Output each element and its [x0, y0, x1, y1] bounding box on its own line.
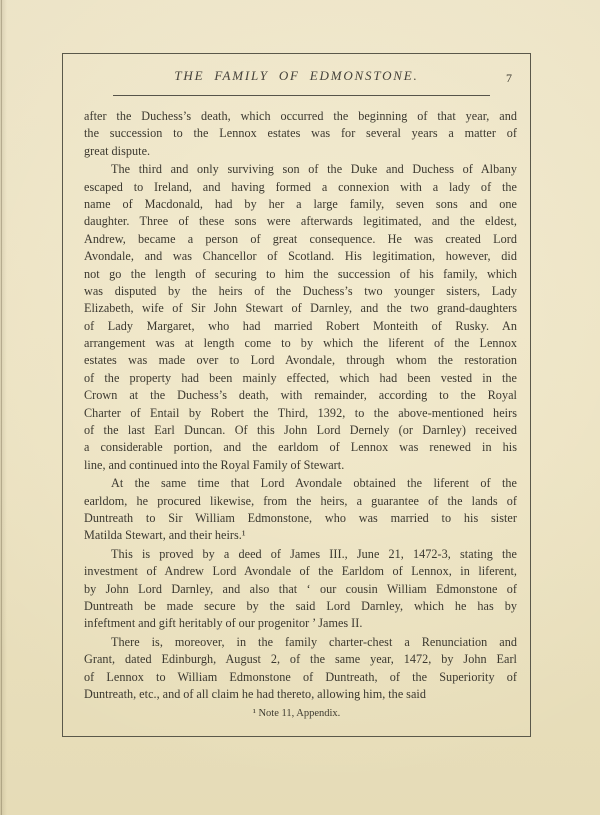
text-line: line, and continued into the Royal Famil… [84, 457, 517, 474]
text-line: was disputed by the heirs of the Duchess… [84, 283, 517, 300]
text-line: Crown at the Duchess’s death, with remai… [84, 387, 517, 404]
paragraph: There is, moreover, in the family charte… [84, 634, 517, 704]
paragraph: At the same time that Lord Avondale obta… [84, 475, 517, 545]
text-line: Duntreath be made secure by the said Lor… [84, 598, 517, 615]
paragraph: after the Duchess’s death, which occurre… [84, 108, 517, 160]
text-line: estates was made over to Lord Avondale, … [84, 352, 517, 369]
page-number: 7 [506, 71, 512, 86]
text-line: Elizabeth, wife of Sir John Stewart of D… [84, 300, 517, 317]
text-line: This is proved by a deed of James III., … [84, 546, 517, 563]
text-line: infeftment and gift heritably of our pro… [84, 615, 517, 632]
page-header-title: THE FAMILY OF EDMONSTONE. [63, 68, 530, 84]
header-rule [113, 95, 490, 96]
text-line: Duntreath, etc., and of all claim he had… [84, 686, 517, 703]
text-line: Duntreath to Sir William Edmonstone, who… [84, 510, 517, 527]
page-frame: THE FAMILY OF EDMONSTONE. 7 after the Du… [62, 53, 531, 737]
text-line: Avondale, and was Chancellor of Scotland… [84, 248, 517, 265]
paragraph: This is proved by a deed of James III., … [84, 546, 517, 633]
text-line: Charter of Entail by Robert the Third, 1… [84, 405, 517, 422]
text-line: a considerable portion, and the earldom … [84, 439, 517, 456]
text-line: after the Duchess’s death, which occurre… [84, 108, 517, 125]
text-line: There is, moreover, in the family charte… [84, 634, 517, 651]
text-line: name of Macdonald, had by her a large fa… [84, 196, 517, 213]
text-line: arrangement was at length come to by whi… [84, 335, 517, 352]
scan-edge-artifact [1, 0, 2, 815]
text-line: of Lennox to William Edmonstone of Duntr… [84, 669, 517, 686]
text-line: investment of Andrew Lord Avondale of th… [84, 563, 517, 580]
text-line: great dispute. [84, 143, 517, 160]
body-text: after the Duchess’s death, which occurre… [84, 108, 517, 703]
text-line: Grant, dated Edinburgh, August 2, of the… [84, 651, 517, 668]
text-line: escaped to Ireland, and having formed a … [84, 179, 517, 196]
text-line: of the property had been mainly effected… [84, 370, 517, 387]
text-line: earldom, he procured likewise, from the … [84, 493, 517, 510]
text-line: the succession to the Lennox estates was… [84, 125, 517, 142]
paragraph: The third and only surviving son of the … [84, 161, 517, 474]
text-line: not go the length of securing to him the… [84, 266, 517, 283]
text-line: daughter. Three of these sons were after… [84, 213, 517, 230]
text-line: of Lady Margaret, who had married Robert… [84, 318, 517, 335]
text-line: The third and only surviving son of the … [84, 161, 517, 178]
footnote: ¹ Note 11, Appendix. [63, 707, 530, 721]
text-line: Andrew, became a person of great consequ… [84, 231, 517, 248]
text-line: Matilda Stewart, and their heirs.¹ [84, 527, 517, 544]
running-header: THE FAMILY OF EDMONSTONE. 7 [63, 68, 530, 88]
text-line: At the same time that Lord Avondale obta… [84, 475, 517, 492]
text-line: by John Lord Darnley, and also that ‘ ou… [84, 581, 517, 598]
text-line: of the last Earl Duncan. Of this John Lo… [84, 422, 517, 439]
